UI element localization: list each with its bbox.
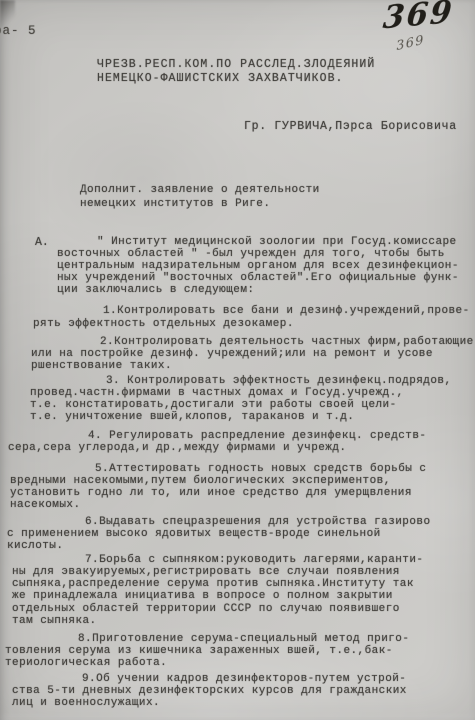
typed-list-item-8: 8.Приготовление серума-специальный метод… (5, 633, 469, 669)
scanned-document-page: ра- 5 369 369 ЧРЕЗВ.РЕСП.КОМ.ПО РАССЛЕД.… (0, 0, 475, 720)
typed-list-item-3: 3. Контролировать эффектность дезинфекц.… (30, 375, 469, 423)
typed-list-item-6: 6.Выдавать спецразрешения для устройства… (7, 516, 469, 552)
commission-header: ЧРЕЗВ.РЕСП.КОМ.ПО РАССЛЕД.ЗЛОДЕЯНИЙ НЕМЕ… (97, 58, 375, 86)
typed-list-item-4: 4. Регулировать распредление дезинфекц. … (8, 430, 469, 454)
typed-paragraph-intro: " Институт медицинской зоологии при Госу… (57, 236, 469, 296)
typed-list-item-5: 5.Аттестировать годность новых средств б… (10, 463, 469, 511)
declarant-name: Гр. ГУРВИЧА,Пэрса Борисовича (244, 120, 457, 133)
handwritten-page-number-large: 369 (382, 0, 456, 36)
typed-list-item-7: 7.Борьба с сыпняком:руководить лагерями,… (12, 554, 469, 627)
typed-list-item-1: 1.Контролировать все бани и дезинф.учреж… (33, 305, 469, 329)
typed-list-item-9: 9.Об учении кадров дезинфекторов-путем у… (12, 673, 469, 709)
handwritten-page-number-small: 369 (396, 33, 426, 55)
document-title-line2: немецких институтов в Риге. (80, 198, 320, 212)
document-body: " Институт медицинской зоологии при Госу… (0, 236, 469, 709)
typed-list-item-2: 2.Контролировать деятельность частных фи… (31, 336, 469, 372)
file-code-note: ра- 5 (0, 24, 37, 38)
commission-header-line1: ЧРЕЗВ.РЕСП.КОМ.ПО РАССЛЕД.ЗЛОДЕЯНИЙ (97, 58, 375, 72)
document-title: Дополнит. заявление о деятельности немец… (80, 184, 320, 211)
commission-header-line2: НЕМЕЦКО-ФАШИСТСКИХ ЗАХВАТЧИКОВ. (97, 72, 375, 86)
document-title-line1: Дополнит. заявление о деятельности (80, 184, 320, 198)
